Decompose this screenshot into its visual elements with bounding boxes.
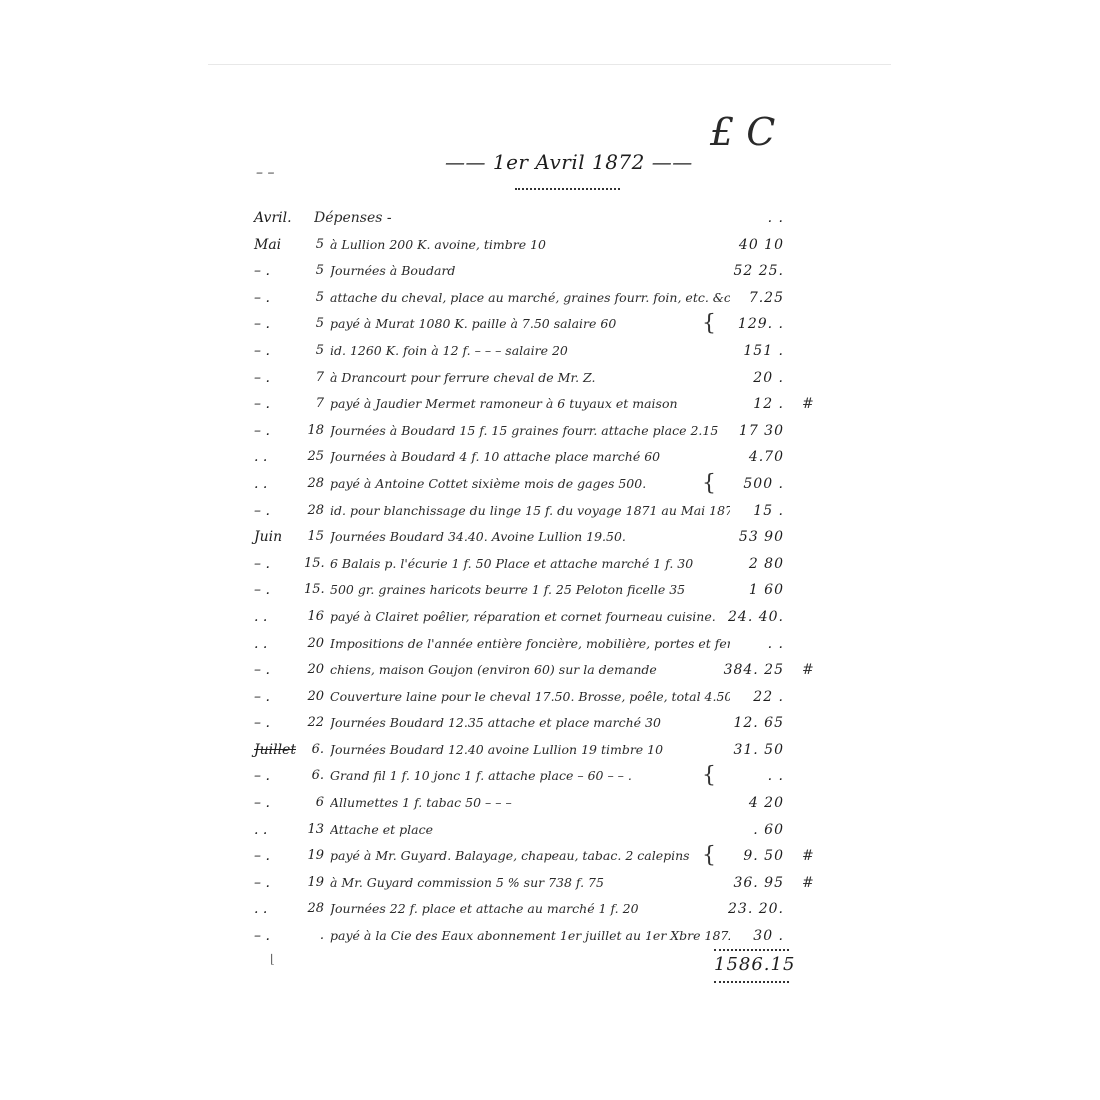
day-number: 16: [304, 604, 324, 631]
ledger-row: . .20Impositions de l'année entière fonc…: [254, 631, 854, 658]
day-number: 15.: [304, 551, 324, 578]
ledger-row: – .28id. pour blanchissage du linge 15 f…: [254, 498, 854, 525]
amount: . .: [709, 763, 784, 790]
ledger-row: – .5id. 1260 K. foin à 12 f. – – – salai…: [254, 338, 854, 365]
ledger-table: Avril. Dépenses - . . Mai5à Lullion 200 …: [254, 205, 854, 950]
month-label: – .: [254, 311, 302, 338]
ledger-row: – .6.Grand fil 1 f. 10 jonc 1 f. attache…: [254, 763, 854, 790]
entry-description: Journées Boudard 34.40. Avoine Lullion 1…: [330, 524, 730, 551]
entry-description: Journées à Boudard 4 f. 10 attache place…: [330, 444, 730, 471]
entry-description: attache du cheval, place au marché, grai…: [330, 285, 730, 312]
ledger-row: – .5Journées à Boudard52 25.: [254, 258, 854, 285]
margin-check-mark: #: [802, 391, 822, 418]
ledger-row: – .19à Mr. Guyard commission 5 % sur 738…: [254, 870, 854, 897]
amount: . 60: [709, 817, 784, 844]
entry-description: à Lullion 200 K. avoine, timbre 10: [330, 232, 730, 259]
day-number: 19: [304, 870, 324, 897]
amount: 40 10: [709, 232, 784, 259]
entry-description: Journées à Boudard: [330, 258, 730, 285]
amount: 31. 50: [709, 737, 784, 764]
entry-description: à Mr. Guyard commission 5 % sur 738 f. 7…: [330, 870, 730, 897]
day-number: 19: [304, 843, 324, 870]
day-number: 20: [304, 631, 324, 658]
month-label: – .: [254, 551, 302, 578]
entry-description: Journées à Boudard 15 f. 15 graines four…: [330, 418, 730, 445]
title-underline: [515, 184, 620, 190]
entry-description: Couverture laine pour le cheval 17.50. B…: [330, 684, 730, 711]
margin-check-mark: #: [802, 870, 822, 897]
amount: 9. 50: [709, 843, 784, 870]
ledger-header: – – —— 1er Avril 1872 —— £ C: [240, 150, 860, 210]
day-number: 6: [304, 790, 324, 817]
header-left-dashes: – –: [256, 165, 274, 181]
day-number: 5: [304, 338, 324, 365]
entry-description: Journées Boudard 12.35 attache et place …: [330, 710, 730, 737]
amount: 23. 20.: [709, 896, 784, 923]
day-number: 6.: [304, 763, 324, 790]
day-number: 20: [304, 657, 324, 684]
ledger-row: – .7à Drancourt pour ferrure cheval de M…: [254, 365, 854, 392]
ledger-row: . .16payé à Clairet poêlier, réparation …: [254, 604, 854, 631]
month-label: . .: [254, 471, 302, 498]
entry-description: payé à Jaudier Mermet ramoneur à 6 tuyau…: [330, 391, 730, 418]
month-label: – .: [254, 577, 302, 604]
entry-description: payé à la Cie des Eaux abonnement 1er ju…: [330, 923, 730, 950]
entry-description: Journées Boudard 12.40 avoine Lullion 19…: [330, 737, 730, 764]
month-label: Mai: [254, 232, 302, 259]
entry-description: payé à Mr. Guyard. Balayage, chapeau, ta…: [330, 843, 730, 870]
day-number: 28: [304, 498, 324, 525]
grand-total: 1586.15: [714, 954, 789, 975]
month-label: – .: [254, 258, 302, 285]
day-number: 22: [304, 710, 324, 737]
margin-check-mark: #: [802, 657, 822, 684]
margin-check-mark: #: [802, 843, 822, 870]
ledger-row: – .5payé à Murat 1080 K. paille à 7.50 s…: [254, 311, 854, 338]
day-number: 5: [304, 258, 324, 285]
amount: 2 80: [709, 551, 784, 578]
entry-description: 500 gr. graines haricots beurre 1 f. 25 …: [330, 577, 730, 604]
entry-description: id. 1260 K. foin à 12 f. – – – salaire 2…: [330, 338, 730, 365]
day-number: 15.: [304, 577, 324, 604]
amount: 1 60: [709, 577, 784, 604]
amount: 12. 65: [709, 710, 784, 737]
amount: 151 .: [709, 338, 784, 365]
amount: 24. 40.: [709, 604, 784, 631]
day-number: 25: [304, 444, 324, 471]
entry-description: Allumettes 1 f. tabac 50 – – –: [330, 790, 730, 817]
corner-monogram: £ C: [710, 110, 775, 154]
day-number: 15: [304, 524, 324, 551]
amount: 36. 95: [709, 870, 784, 897]
month-label: . .: [254, 817, 302, 844]
ledger-row: . .13Attache et place. 60: [254, 817, 854, 844]
amount: 52 25.: [709, 258, 784, 285]
day-number: 13: [304, 817, 324, 844]
month-label: Juillet: [254, 737, 302, 764]
entry-description: Grand fil 1 f. 10 jonc 1 f. attache plac…: [330, 763, 730, 790]
ledger-row: – .6Allumettes 1 f. tabac 50 – – –4 20: [254, 790, 854, 817]
ledger-row: – .18Journées à Boudard 15 f. 15 graines…: [254, 418, 854, 445]
ledger-row: Juillet6.Journées Boudard 12.40 avoine L…: [254, 737, 854, 764]
amount: 4 20: [709, 790, 784, 817]
day-number: 7: [304, 365, 324, 392]
ledger-row: . .28Journées 22 f. place et attache au …: [254, 896, 854, 923]
ledger-row: Mai5à Lullion 200 K. avoine, timbre 1040…: [254, 232, 854, 259]
entry-description: payé à Antoine Cottet sixième mois de ga…: [330, 471, 730, 498]
entry-description: payé à Clairet poêlier, réparation et co…: [330, 604, 730, 631]
ledger-row: – .5attache du cheval, place au marché, …: [254, 285, 854, 312]
amount: 17 30: [709, 418, 784, 445]
month-label: – .: [254, 843, 302, 870]
entry-description: payé à Murat 1080 K. paille à 7.50 salai…: [330, 311, 730, 338]
ledger-row: Juin15Journées Boudard 34.40. Avoine Lul…: [254, 524, 854, 551]
entry-description: Impositions de l'année entière foncière,…: [330, 631, 730, 658]
amount: 7.25: [709, 285, 784, 312]
month-label: . .: [254, 896, 302, 923]
month-label: – .: [254, 710, 302, 737]
amount: 500 .: [709, 471, 784, 498]
ledger-row: . .28payé à Antoine Cottet sixième mois …: [254, 471, 854, 498]
month-label: – .: [254, 365, 302, 392]
amount: . .: [709, 631, 784, 658]
amount: 20 .: [709, 365, 784, 392]
day-number: 28: [304, 896, 324, 923]
total-rule-top: [714, 946, 789, 951]
month-label: – .: [254, 498, 302, 525]
day-number: 7: [304, 391, 324, 418]
day-number: 5: [304, 232, 324, 259]
ledger-row: – .15.6 Balais p. l'écurie 1 f. 50 Place…: [254, 551, 854, 578]
day-number: 28: [304, 471, 324, 498]
month-label: – .: [254, 923, 302, 950]
entry-description: 6 Balais p. l'écurie 1 f. 50 Place et at…: [330, 551, 730, 578]
amount: 22 .: [709, 684, 784, 711]
entry-description: Attache et place: [330, 817, 730, 844]
ledger-row: – .15.500 gr. graines haricots beurre 1 …: [254, 577, 854, 604]
amount: 53 90: [709, 524, 784, 551]
entry-description: à Drancourt pour ferrure cheval de Mr. Z…: [330, 365, 730, 392]
amount: . .: [709, 205, 784, 232]
month-label: – .: [254, 391, 302, 418]
day-number: 6.: [304, 737, 324, 764]
month-label: Avril.: [254, 205, 302, 232]
month-label: – .: [254, 684, 302, 711]
amount: 15 .: [709, 498, 784, 525]
month-label: . .: [254, 604, 302, 631]
amount: 129. .: [709, 311, 784, 338]
ledger-page: – – —— 1er Avril 1872 —— £ C Avril. Dépe…: [240, 110, 860, 990]
month-label: – .: [254, 763, 302, 790]
month-label: – .: [254, 338, 302, 365]
day-number: 5: [304, 285, 324, 312]
ledger-row: – .7payé à Jaudier Mermet ramoneur à 6 t…: [254, 391, 854, 418]
month-label: . .: [254, 444, 302, 471]
ledger-row: – .19payé à Mr. Guyard. Balayage, chapea…: [254, 843, 854, 870]
month-label: – .: [254, 657, 302, 684]
month-label: – .: [254, 285, 302, 312]
entry-description: id. pour blanchissage du linge 15 f. du …: [330, 498, 730, 525]
month-label: Juin: [254, 524, 302, 551]
entry-description: chiens, maison Goujon (environ 60) sur l…: [330, 657, 730, 684]
amount: 384. 25: [709, 657, 784, 684]
entry-description: Journées 22 f. place et attache au march…: [330, 896, 730, 923]
month-label: – .: [254, 790, 302, 817]
section-heading: Dépenses -: [314, 205, 714, 232]
day-number: .: [304, 923, 324, 950]
ledger-row: . .25Journées à Boudard 4 f. 10 attache …: [254, 444, 854, 471]
day-number: 18: [304, 418, 324, 445]
margin-tick: ⌊: [270, 952, 275, 966]
amount: 4.70: [709, 444, 784, 471]
total-rule-bottom: [714, 978, 789, 983]
amount: 12 .: [709, 391, 784, 418]
top-divider: [208, 64, 891, 65]
month-label: . .: [254, 631, 302, 658]
day-number: 5: [304, 311, 324, 338]
ledger-row: – .22Journées Boudard 12.35 attache et p…: [254, 710, 854, 737]
ledger-row: – .20chiens, maison Goujon (environ 60) …: [254, 657, 854, 684]
month-label: – .: [254, 418, 302, 445]
day-number: 20: [304, 684, 324, 711]
page-title: —— 1er Avril 1872 ——: [445, 150, 693, 174]
month-label: – .: [254, 870, 302, 897]
ledger-row: – .20Couverture laine pour le cheval 17.…: [254, 684, 854, 711]
ledger-heading-row: Avril. Dépenses - . .: [254, 205, 854, 232]
